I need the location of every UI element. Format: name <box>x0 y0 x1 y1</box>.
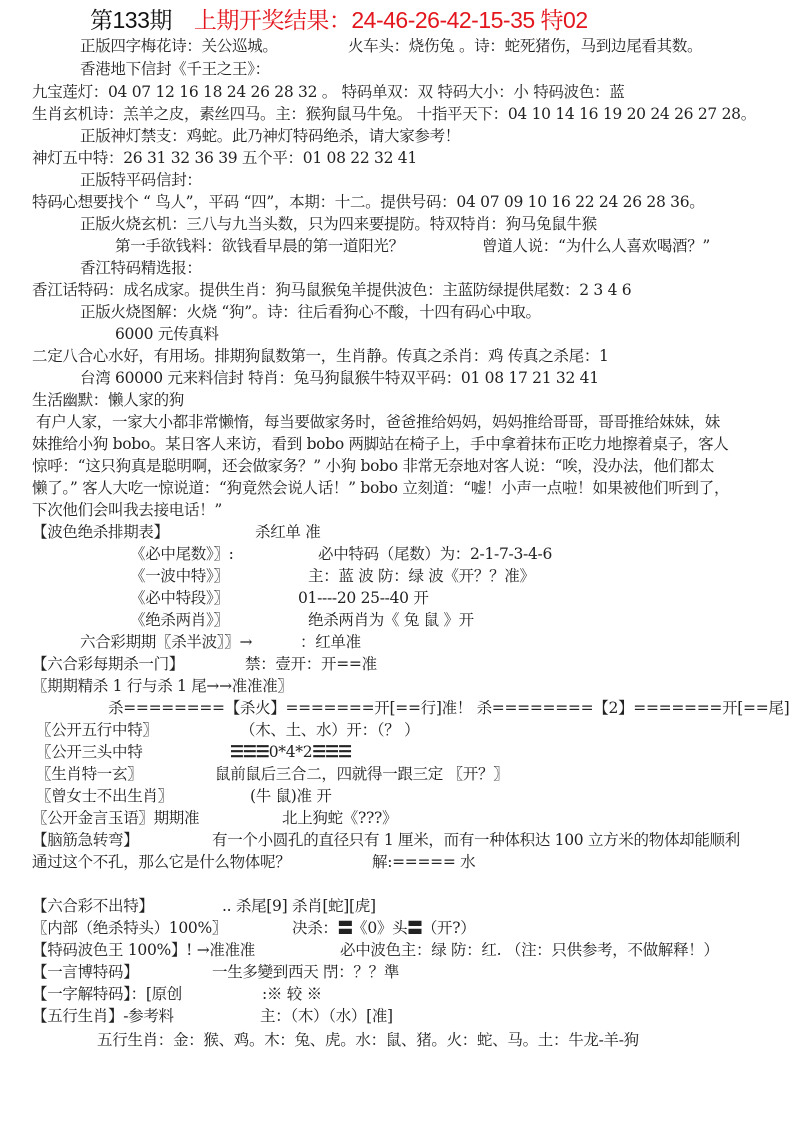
text-line: 特码心想要找个 “ 鸟人”，平码 “四”，本期：十二。提供号码：04 07 09… <box>32 192 704 212</box>
text-line: 正版火烧玄机：三八与九当头数，只为四来要提防。特双特肖：狗马兔鼠牛猴 <box>80 214 597 234</box>
text-line: :※ 较 ※ <box>262 984 322 1004</box>
text-line: 正版特平码信封： <box>80 170 202 190</box>
text-line: 解:===== 水 <box>372 852 475 872</box>
sanshou-value: 0*4*2 <box>269 743 313 761</box>
text-line: 〖生肖特一玄〗 <box>36 764 142 784</box>
text-line: 【波色绝杀排期表】 <box>32 522 169 542</box>
text-line: 主：蓝 波 防：绿 波《开？？准》 <box>308 566 535 586</box>
text-line: 神灯五中特：26 31 32 36 39 五个平：01 08 22 32 41 <box>32 148 417 168</box>
text-line: 01----20 25--40 开 <box>298 588 429 608</box>
text-line: 香港地下信封《千王之王》： <box>80 59 270 79</box>
text-line: 《必中特段》〗 <box>130 588 229 608</box>
text-line: (牛 鼠)准 开 <box>250 786 332 806</box>
text-line: 《必中尾数》〗: <box>130 544 234 564</box>
text-line: 生肖玄机诗：羔羊之皮，素丝四马。主：猴狗鼠马牛兔。 十指平天下：04 10 14… <box>32 104 756 124</box>
text-line: 必中特码（尾数）为：2-1-7-3-4-6 <box>318 544 552 564</box>
block-glyph-2: 〓 <box>407 918 422 938</box>
text-line: 五行生肖：金：猴、鸡。木：兔、虎。水：鼠、猪。火：蛇、马。土：牛龙-羊-狗 <box>97 1030 639 1050</box>
text-line: 正版神灯禁支：鸡蛇。此乃神灯特码绝杀，请大家参考！ <box>80 126 460 146</box>
text-line: 必中波色主：绿 防：红. （注：只供参考，不做解释！） <box>340 940 719 960</box>
text-line: 香江话特码：成名成家。提供生肖：狗马鼠猴兔羊提供波色：主蓝防绿提供尾数：2 3 … <box>32 280 631 300</box>
text-line: 下次他们会叫我去接电话！” <box>32 500 222 520</box>
text-line: ：红单准 <box>300 632 361 652</box>
text-line: 六合彩期期〖杀半波〗〗→ <box>80 632 252 652</box>
text-line: 【特码波色王 100%】! →准准准 <box>32 940 255 960</box>
text-line: 九宝莲灯：04 07 12 16 18 24 26 28 32 。 特码单双：双… <box>32 82 624 102</box>
text-line: 《一波中特》〗 <box>130 566 229 586</box>
juesha-middle: 《0》头 <box>352 919 407 937</box>
text-line: 妹推给小狗 bobo。某日客人来访，看到 bobo 两脚站在椅子上，手中拿着抹布… <box>32 434 729 454</box>
text-line: 曾道人说：“为什么人喜欢喝酒？” <box>482 236 710 256</box>
text-line: 【一字解特码】：[原创 <box>32 984 182 1004</box>
text-line: 〖内部（绝杀特头）100%〗 <box>32 918 227 938</box>
text-line: 有一个小圆孔的直径只有 1 厘米，而有一种体积达 100 立方米的物体却能顺利 <box>212 830 740 850</box>
text-line: 鼠前鼠后三合二，四就得一跟三定 〖开？〗 <box>215 764 508 784</box>
block-glyphs-left: ☰☰☰ <box>230 742 269 762</box>
text-line: 【六合彩不出特】 <box>32 896 154 916</box>
text-line: （木、土、水）开：（？ ） <box>240 720 419 740</box>
page-header: 第133期上期开奖结果：24-46-26-42-15-35 特02 <box>90 6 588 34</box>
last-draw-result: 上期开奖结果：24-46-26-42-15-35 特02 <box>194 7 588 33</box>
text-line: 《绝杀两肖》〗 <box>130 610 229 630</box>
block-glyphs-right: ☰☰☰ <box>312 742 351 762</box>
text-line: 【六合彩每期杀一门】 <box>32 654 184 674</box>
text-line: .. 杀尾[9] 杀肖[蛇][虎] <box>222 896 376 916</box>
text-line: 主：（木）（水）[准] <box>260 1006 393 1026</box>
text-line: 〖公开三头中特 <box>36 742 142 762</box>
juesha-prefix: 决杀： <box>292 919 338 937</box>
text-line: 一生多變到西天 閅：？？準 <box>212 962 399 982</box>
sanshou-line: ☰☰☰0*4*2☰☰☰ <box>230 742 351 762</box>
text-line: 【脑筋急转弯】 <box>32 830 138 850</box>
text-line: 〖公开五行中特〗 <box>36 720 158 740</box>
text-line: 台湾 60000 元来料信封 特肖：兔马狗鼠猴牛特双平码：01 08 17 21… <box>80 368 599 388</box>
text-line: 懒了。” 客人大吃一惊说道：“狗竟然会说人话！” bobo 立刻道：“嘘！小声一… <box>32 478 729 498</box>
issue-number: 第133期 <box>90 7 172 33</box>
text-line: 有户人家，一家大小都非常懒惰，每当要做家务时，爸爸推给妈妈，妈妈推给哥哥，哥哥推… <box>36 412 720 432</box>
text-line: 【五行生肖】-参考料 <box>32 1006 174 1026</box>
text-line: 惊呼：“这只狗真是聪明啊，还会做家务？” 小狗 bobo 非常无奈地对客人说：“… <box>32 456 714 476</box>
text-line: 绝杀两肖为《 兔 鼠 》开 <box>308 610 474 630</box>
text-line: 〖期期精杀 1 行与杀 1 尾→→准准准〗 <box>32 676 293 696</box>
text-line: 正版四字梅花诗：关公巡城。 <box>80 36 278 56</box>
text-line: 第一手欲钱料：欲钱看早晨的第一道阳光？ <box>115 236 404 256</box>
text-line: 香江特码精选报： <box>80 258 202 278</box>
text-line: 火车头：烧伤兔 。诗：蛇死猪伤，马到边尾看其数。 <box>348 36 702 56</box>
juesha-suffix: （开?） <box>422 919 476 937</box>
text-line: 〖公开金言玉语〗期期准 <box>32 808 199 828</box>
juesha-line: 决杀：〓《0》头〓（开?） <box>292 918 475 938</box>
block-glyph-1: 〓 <box>338 918 353 938</box>
text-line: 正版火烧图解：火烧 “狗”。诗：往后看狗心不酸，十四有码心中取。 <box>80 302 541 322</box>
text-line: 二定八合心水好，有用场。排期狗鼠数第一，生肖静。传真之杀肖：鸡 传真之杀尾：1 <box>32 346 609 366</box>
text-line: 北上狗蛇《???》 <box>282 808 397 828</box>
text-line: 【一言博特码】 <box>32 962 138 982</box>
text-line: 6000 元传真料 <box>115 324 219 344</box>
text-line: 杀========【杀火】=======开[==行]准！ 杀========【2… <box>108 698 789 718</box>
text-line: 通过这个不孔，那么它是什么物体呢？ <box>32 852 290 872</box>
text-line: 生活幽默：懒人家的狗 <box>32 390 184 410</box>
text-line: 杀红单 准 <box>255 522 320 542</box>
text-line: 禁：壹开：开==准 <box>245 654 377 674</box>
text-line: 〖曾女士不出生肖〗 <box>36 786 173 806</box>
